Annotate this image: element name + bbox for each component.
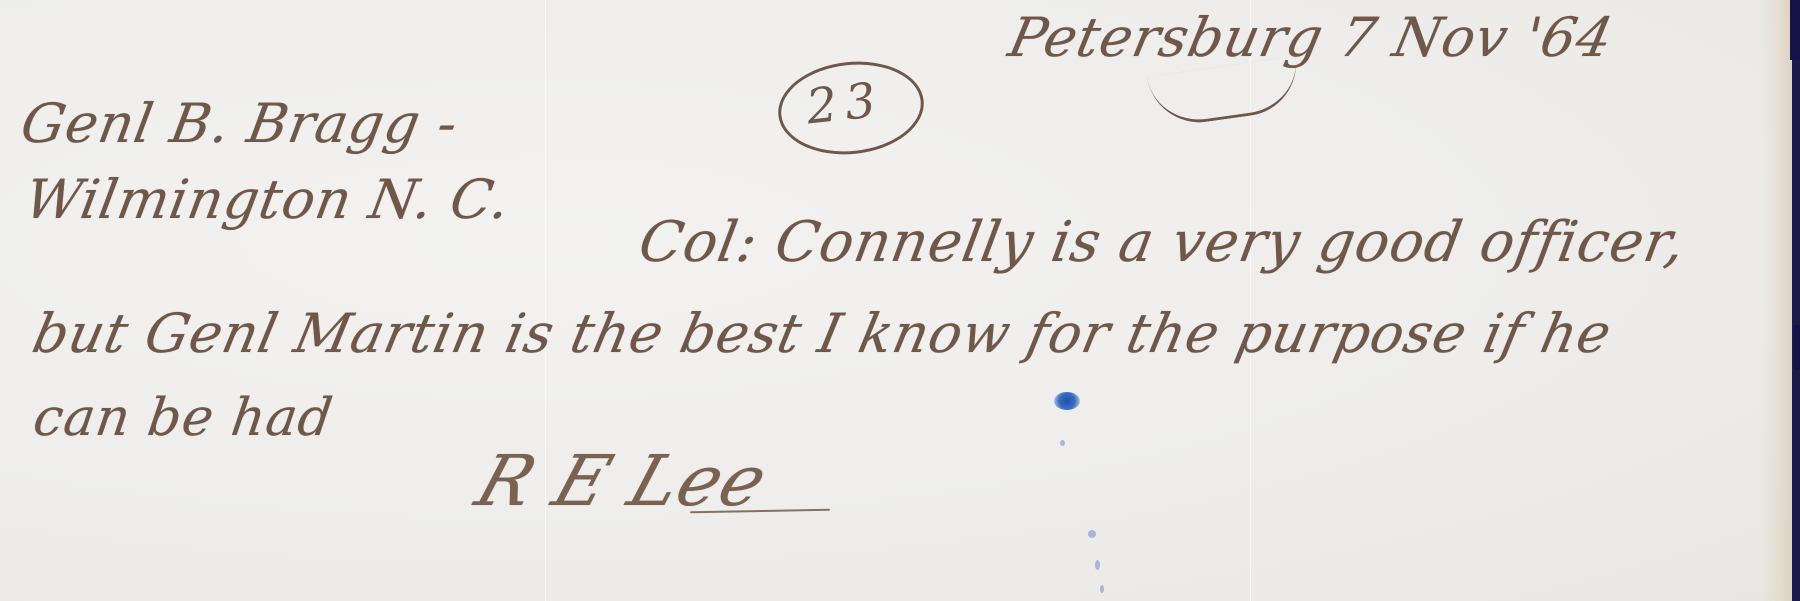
blue-ink-speck <box>1095 560 1100 570</box>
body-line-1: Col: Connelly is a very good officer, <box>634 210 1690 275</box>
addressee-location: Wilmington N. C. <box>20 168 515 231</box>
archive-number: 23 <box>804 72 887 136</box>
dateline: Petersburg 7 Nov '64 <box>1003 6 1619 69</box>
letter-paper: Petersburg 7 Nov '64 23 Genl B. Bragg - … <box>0 0 1792 601</box>
blue-ink-speck <box>1060 440 1065 446</box>
blue-ink-speck <box>1088 530 1096 538</box>
background-edge <box>1790 0 1800 60</box>
blue-ink-blot <box>1054 392 1080 410</box>
archive-number-circled: 23 <box>774 55 929 162</box>
body-line-2: but Genl Martin is the best I know for t… <box>27 302 1617 365</box>
body-line-3: can be had <box>30 388 337 448</box>
background-edge <box>1794 325 1800 370</box>
blue-ink-speck <box>1100 585 1104 593</box>
addressee-name: Genl B. Bragg - <box>16 92 463 155</box>
